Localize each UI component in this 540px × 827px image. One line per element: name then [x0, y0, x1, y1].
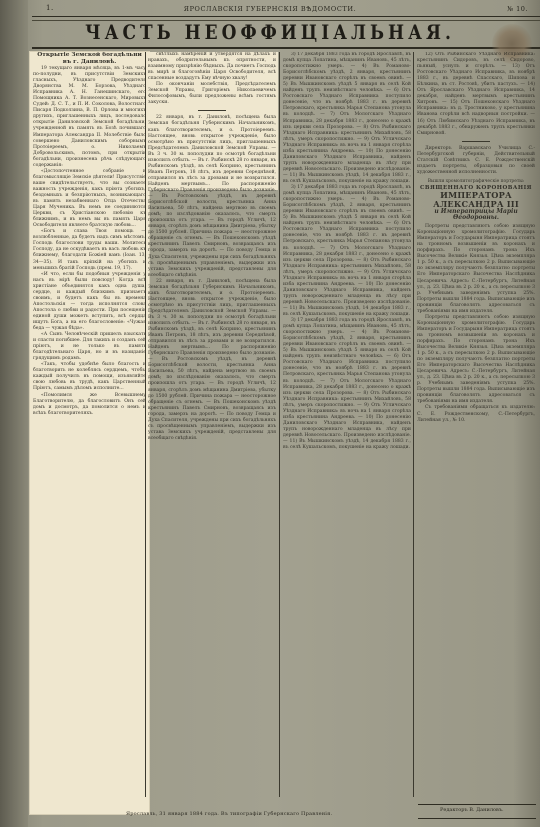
- advert-headline-line: и Императрицы Маріи Θеодоровны.: [417, 209, 535, 221]
- news-text: 3) 17 декабря 1883 года въ городѣ Яросла…: [283, 52, 411, 185]
- divider: [462, 141, 490, 142]
- advert-headline-line: ИМПЕРАТОРА АЛЕКСАНДРА III: [417, 191, 535, 209]
- article-paragraph: «И что, если бы подобныя учрежденія у на…: [33, 272, 146, 332]
- column-divider: [413, 52, 414, 797]
- article-continuation: По окончаніи молебствія, Предсѣдателемъ …: [148, 82, 276, 106]
- footer-rule: [418, 818, 536, 819]
- page-shadow: [0, 0, 28, 827]
- section-title: ЧАСТЬ НЕОФФИЦІАЛЬНАЯ.: [0, 22, 540, 45]
- news-text: 22 января, въ г. Даниловѣ, посѣщена была…: [148, 115, 276, 278]
- newspaper-page: 1. ЯРОСЛАВСКІЯ ГУБЕРНСКІЯ ВѢДОМОСТИ. № 1…: [0, 0, 540, 827]
- news-text: 22 января, въ г. Даниловѣ, посѣщена была…: [148, 279, 276, 442]
- advert-text: Портреты представляютъ собою изящную Кор…: [417, 315, 535, 406]
- header-rule: [32, 16, 540, 17]
- article-paragraph: «Такъ, чтобы удобнѣе было благость и бла…: [33, 362, 146, 392]
- article-column-2[interactable]: свѣтлыхъ намѣреній и утвердятся на дѣлах…: [148, 52, 276, 792]
- imprint-line: Ярославль, 31 января 1884 года. Въ типог…: [126, 811, 332, 817]
- advert-closing: Съ требованіями обращаться къ издателю: …: [417, 405, 535, 423]
- article-column-3[interactable]: 3) 17 декабря 1883 года въ городѣ Яросла…: [283, 52, 411, 792]
- divider: [198, 110, 226, 111]
- news-text: 3) 17 декабря 1883 года въ городѣ Яросла…: [283, 318, 411, 451]
- article-column-4[interactable]: 12) Отъ Рыбинскаго Уѣзднаго Исправника: …: [417, 52, 535, 792]
- article-paragraph: «Богъ и слава Твоя помощь — возлюбленные…: [33, 229, 146, 271]
- column-divider: [145, 52, 146, 797]
- article-paragraph: «А Сынъ Человѣческій пришелъ взыскать и …: [33, 332, 146, 362]
- column-divider: [279, 52, 280, 797]
- article-paragraph: «Достопочтенное собраніе и благомыслящіе…: [33, 169, 146, 229]
- article-column-1[interactable]: Открытіе Земской богадѣльни въ г. Данило…: [30, 52, 149, 814]
- announcement-text: Директоръ Варшавскаго Училища С.-Петербу…: [417, 146, 535, 176]
- advert-text: Портреты представляютъ собою изящную Кор…: [417, 224, 535, 315]
- section-rule: [32, 47, 540, 49]
- article-title: Открытіе Земской богадѣльни въ г. Данило…: [33, 52, 146, 66]
- running-header: 1. ЯРОСЛАВСКІЯ ГУБЕРНСКІЯ ВѢДОМОСТИ. № 1…: [0, 3, 540, 17]
- editor-signature: Редакторъ В. Даниловъ.: [440, 807, 504, 813]
- footer-rule: [418, 804, 536, 805]
- article-continuation: свѣтлыхъ намѣреній и утвердятся на дѣлах…: [148, 52, 276, 82]
- article-paragraph: «Помолимся же Всевышнему Благотворителю,…: [33, 393, 146, 417]
- issue-number: № 10.: [507, 5, 528, 13]
- advert-headline: Вышли хромолитографическіе портреты: СВЯ…: [417, 179, 535, 221]
- news-text: 12) Отъ Рыбинскаго Уѣзднаго Исправника: …: [417, 52, 535, 137]
- article-paragraph: 19 текущаго января мѣсяца, въ 1-мъ часу …: [33, 66, 146, 169]
- news-text: 3) 17 декабря 1883 года въ городѣ Яросла…: [283, 185, 411, 318]
- newspaper-title: ЯРОСЛАВСКІЯ ГУБЕРНСКІЯ ВѢДОМОСТИ.: [0, 5, 540, 13]
